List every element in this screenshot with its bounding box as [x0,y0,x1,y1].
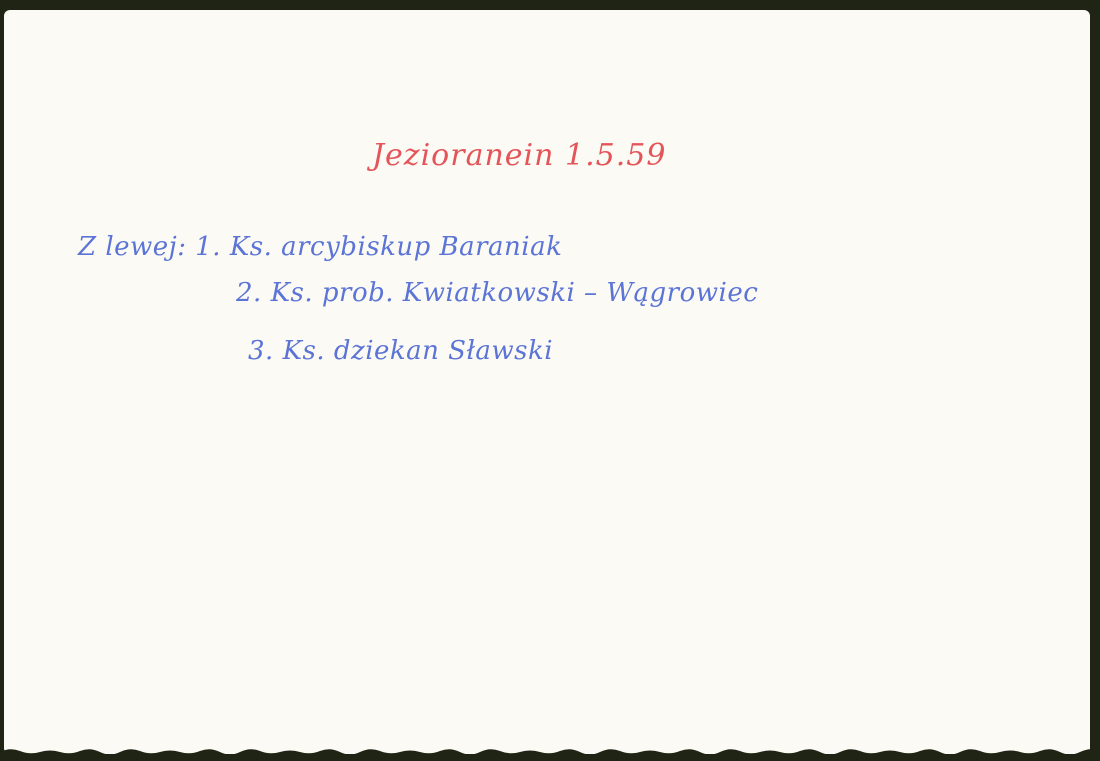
caption-line-2: 2. Ks. prob. Kwiatkowski – Wągrowiec [236,278,758,308]
caption-line-3: 3. Ks. dziekan Sławski [248,336,553,366]
deckle-edge-bottom [0,747,1100,761]
caption-line-1: Z lewej: 1. Ks. arcybiskup Baraniak [78,232,562,262]
photo-back-paper: Jezioranein 1.5.59 Z lewej: 1. Ks. arcyb… [4,10,1090,754]
date-inscription: Jezioranein 1.5.59 [372,138,666,173]
